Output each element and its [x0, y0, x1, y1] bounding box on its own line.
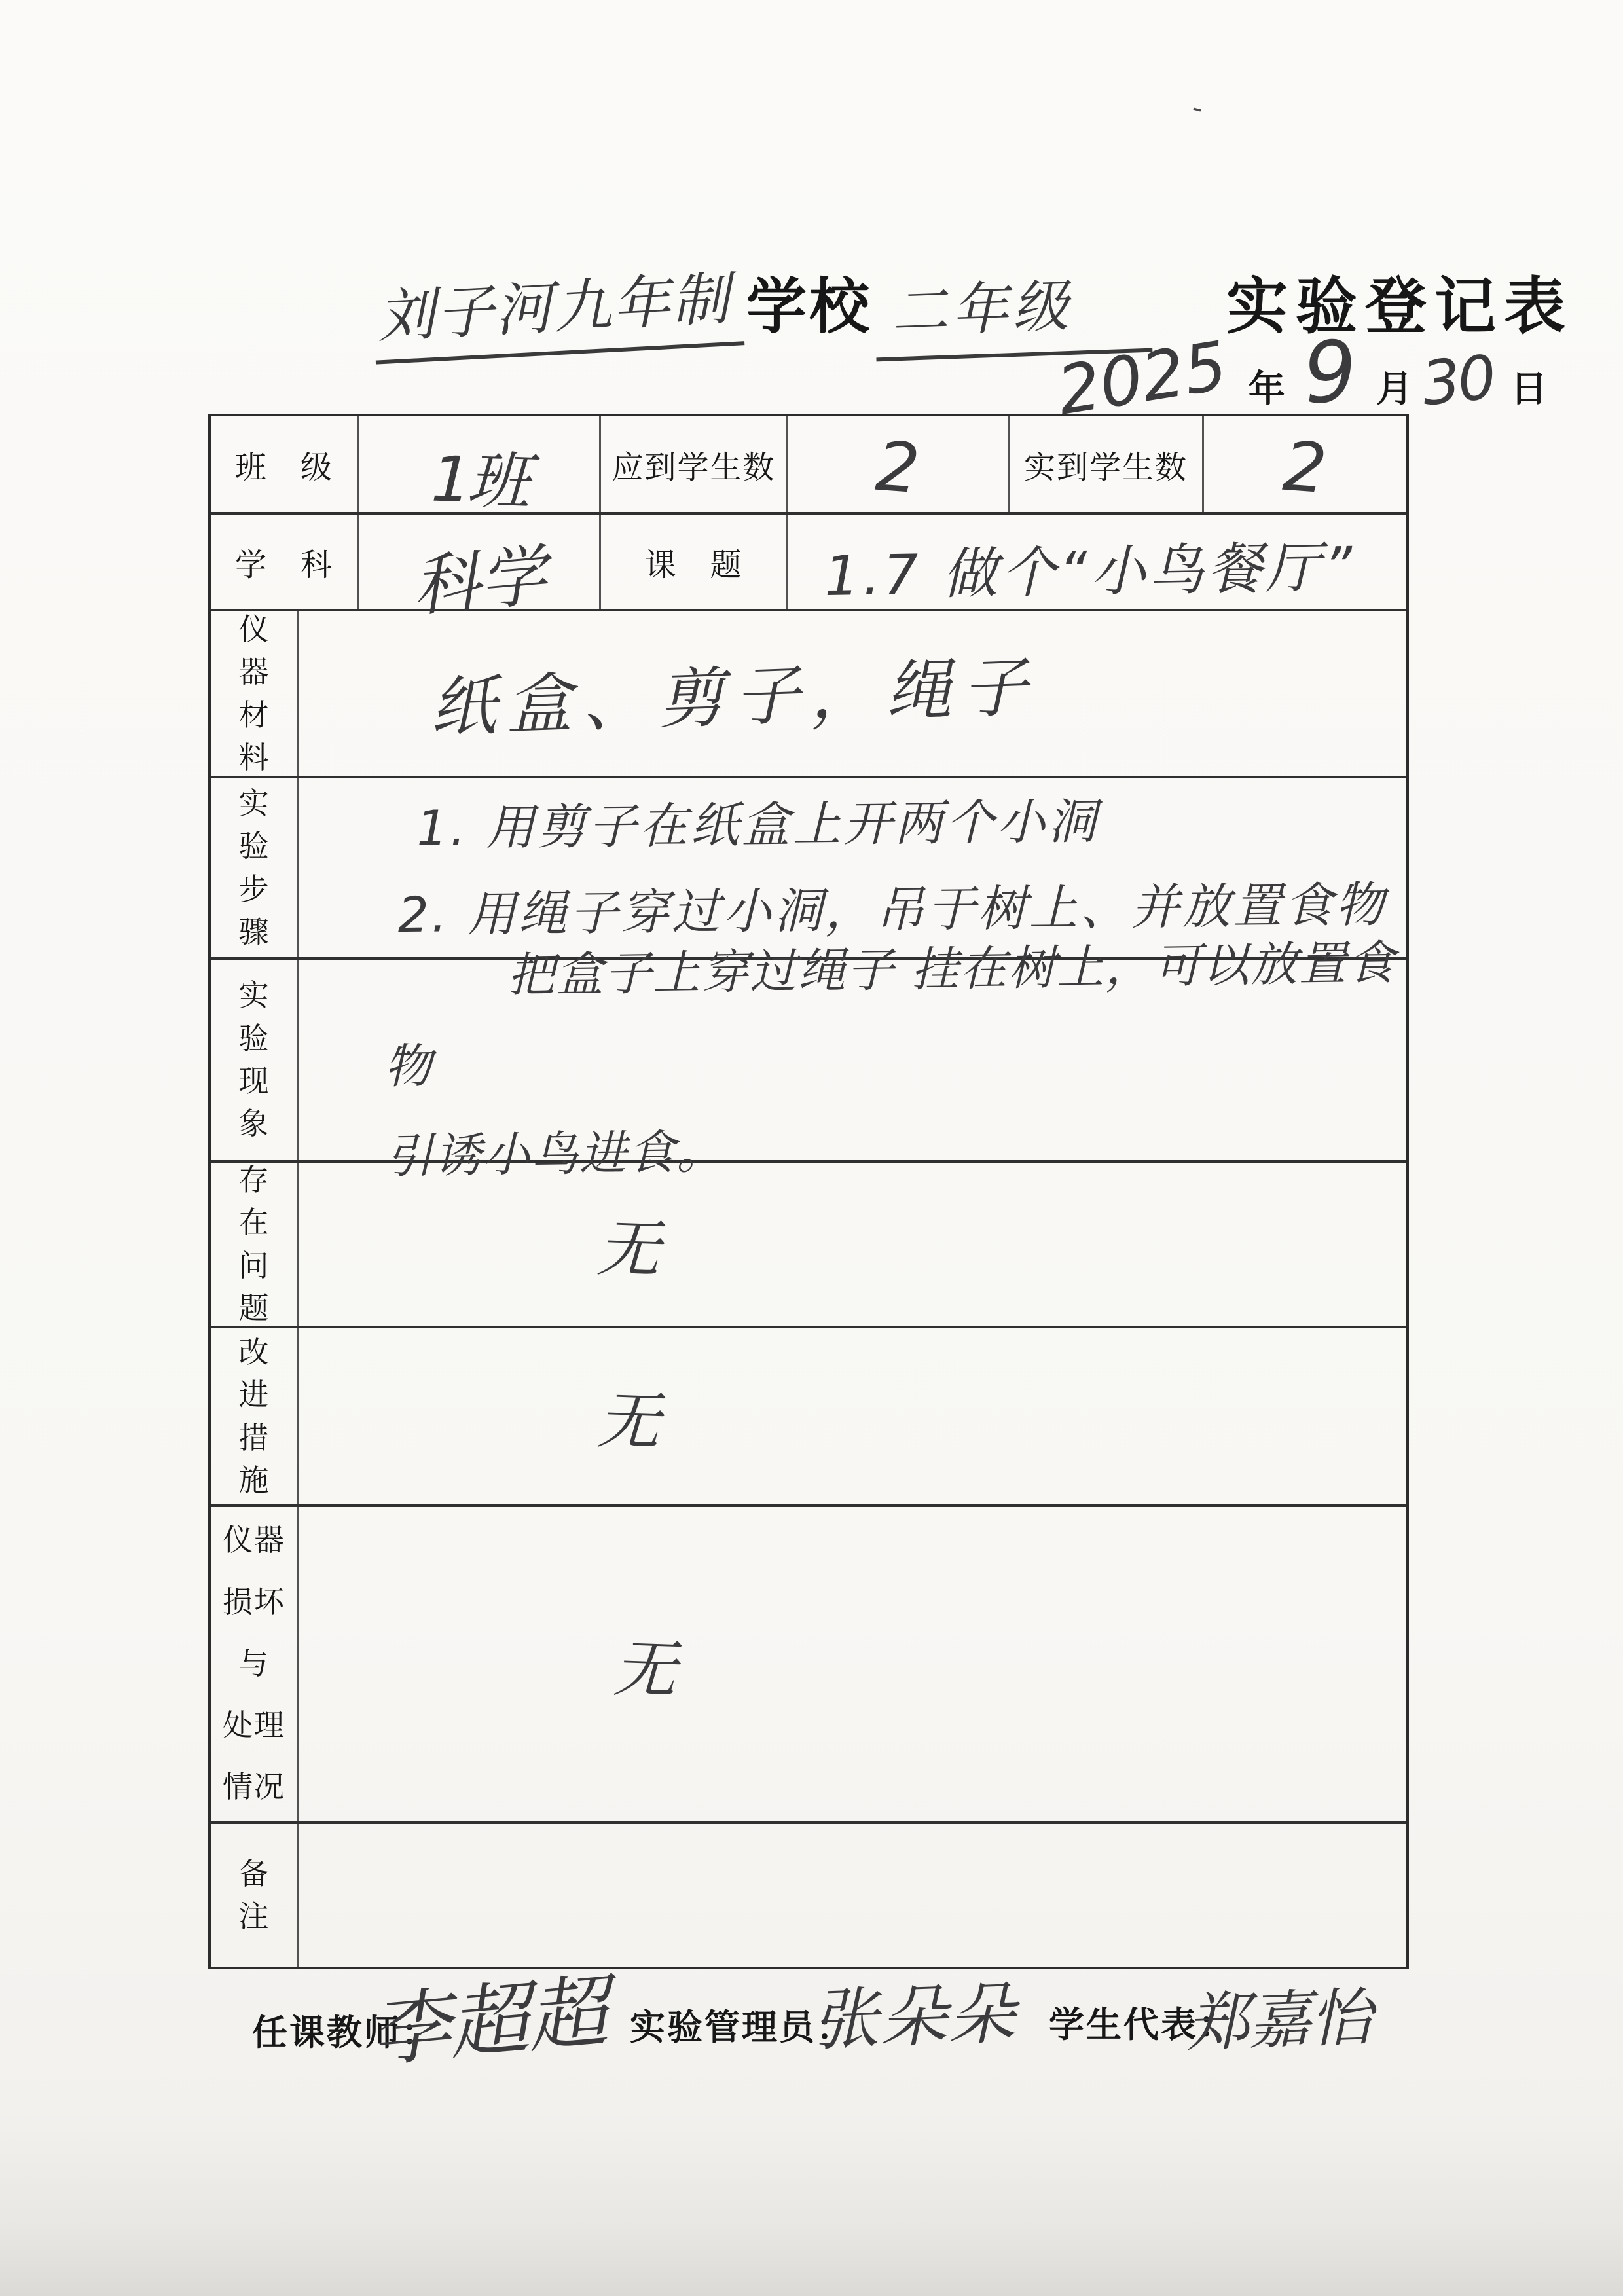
- expected-count-label-cell: 应到学生数: [601, 416, 788, 512]
- damage-value-cell: 无: [299, 1507, 1406, 1821]
- actual-count-label-cell: 实到学生数: [1010, 416, 1204, 512]
- remarks-label: 备 注: [239, 1853, 270, 1939]
- steps-label-cell: 实 验 步 骤: [211, 778, 299, 957]
- topic-label-cell: 课 题: [601, 515, 788, 609]
- date-year-handwritten: 2025: [1052, 327, 1232, 430]
- student-rep-signature: 郑嘉怡: [1185, 1967, 1373, 2064]
- school-name-handwritten: 刘子河九年制: [371, 252, 745, 364]
- class-label-cell: 班 级: [211, 416, 359, 512]
- date-line: 2025 年 9 月 30 日: [1057, 324, 1547, 422]
- day-unit-label: 日: [1510, 360, 1547, 412]
- class-value-cell: 1班: [359, 416, 601, 512]
- improvements-value-cell: 无: [299, 1328, 1406, 1504]
- actual-count-label: 实到学生数: [1024, 442, 1188, 487]
- subject-label: 学 科: [235, 539, 333, 585]
- table-row-instruments: 仪 器 材 料 纸盒、剪子，绳子: [211, 611, 1406, 778]
- registration-table: 班 级 1班 应到学生数 2 实到学生数 2 学 科 科学: [208, 414, 1409, 1969]
- table-row-remarks: 备 注: [211, 1824, 1406, 1967]
- table-row-subject: 学 科 科学 课 题 1.7 做个“小鸟餐厅”: [211, 515, 1406, 611]
- year-unit-label: 年: [1249, 360, 1285, 412]
- table-row-damage: 仪器 损坏 与 处理 情况 无: [211, 1507, 1406, 1824]
- subject-value-cell: 科学: [359, 515, 601, 609]
- topic-value-cell: 1.7 做个“小鸟餐厅”: [788, 515, 1406, 609]
- improvements-value-handwritten: 无: [596, 1370, 662, 1462]
- actual-count-value-cell: 2: [1204, 416, 1406, 512]
- steps-label: 实 验 步 骤: [239, 782, 270, 953]
- damage-label: 仪器 损坏 与 处理 情况: [223, 1510, 285, 1818]
- phenomenon-value-handwritten: 把盒子上穿过绳子 挂在树上，可以放置食物 引诱小鸟进食。: [297, 918, 1408, 1202]
- improvements-label-cell: 改 进 措 施: [211, 1328, 299, 1504]
- topic-label: 课 题: [644, 539, 742, 585]
- subject-value-handwritten: 科学: [409, 522, 550, 629]
- date-month-handwritten: 9: [1300, 322, 1360, 423]
- phenomenon-value-cell: 把盒子上穿过绳子 挂在树上，可以放置食物 引诱小鸟进食。: [299, 960, 1406, 1160]
- damage-label-cell: 仪器 损坏 与 处理 情况: [211, 1507, 299, 1821]
- expected-count-label: 应到学生数: [611, 442, 775, 487]
- expected-count-value-cell: 2: [788, 416, 1010, 512]
- table-row-improvements: 改 进 措 施 无: [211, 1328, 1406, 1507]
- remarks-value-cell: [299, 1824, 1406, 1967]
- improvements-label: 改 进 措 施: [239, 1331, 270, 1502]
- date-day-handwritten: 30: [1419, 342, 1497, 420]
- problems-value-handwritten: 无: [596, 1198, 662, 1290]
- phenomenon-label-cell: 实 验 现 象: [211, 960, 299, 1160]
- phenomenon-label: 实 验 现 象: [239, 974, 270, 1145]
- instruments-value-handwritten: 纸盒、剪子，绳子: [298, 634, 1039, 754]
- problems-label-cell: 存 在 问 题: [211, 1163, 299, 1326]
- class-label: 班 级: [235, 442, 333, 487]
- table-row-class: 班 级 1班 应到学生数 2 实到学生数 2: [211, 416, 1406, 515]
- instruments-value-cell: 纸盒、剪子，绳子: [299, 611, 1406, 776]
- school-suffix-label: 学校: [746, 259, 872, 345]
- subject-label-cell: 学 科: [211, 515, 359, 609]
- scan-artifact-mark: ‐: [1189, 90, 1207, 124]
- month-unit-label: 月: [1376, 360, 1413, 412]
- table-row-phenomenon: 实 验 现 象 把盒子上穿过绳子 挂在树上，可以放置食物 引诱小鸟进食。: [211, 960, 1406, 1163]
- problems-label: 存 在 问 题: [239, 1159, 270, 1330]
- scanned-form-page: 刘子河九年制 学校 二年级 实验登记表 ‐ 2025 年 9 月 30 日 班 …: [0, 0, 1623, 2296]
- class-value-handwritten: 1班: [430, 429, 528, 522]
- instruments-label: 仪 器 材 料: [239, 608, 270, 779]
- topic-value-handwritten: 1.7 做个“小鸟餐厅”: [824, 522, 1356, 611]
- expected-count-handwritten: 2: [873, 426, 922, 509]
- actual-count-handwritten: 2: [1281, 426, 1330, 509]
- remarks-label-cell: 备 注: [211, 1824, 299, 1967]
- teacher-signature: 李超超: [365, 1948, 610, 2083]
- lab-manager-signature: 张朵朵: [811, 1961, 1018, 2064]
- instruments-label-cell: 仪 器 材 料: [211, 611, 299, 776]
- damage-value-handwritten: 无: [612, 1618, 678, 1710]
